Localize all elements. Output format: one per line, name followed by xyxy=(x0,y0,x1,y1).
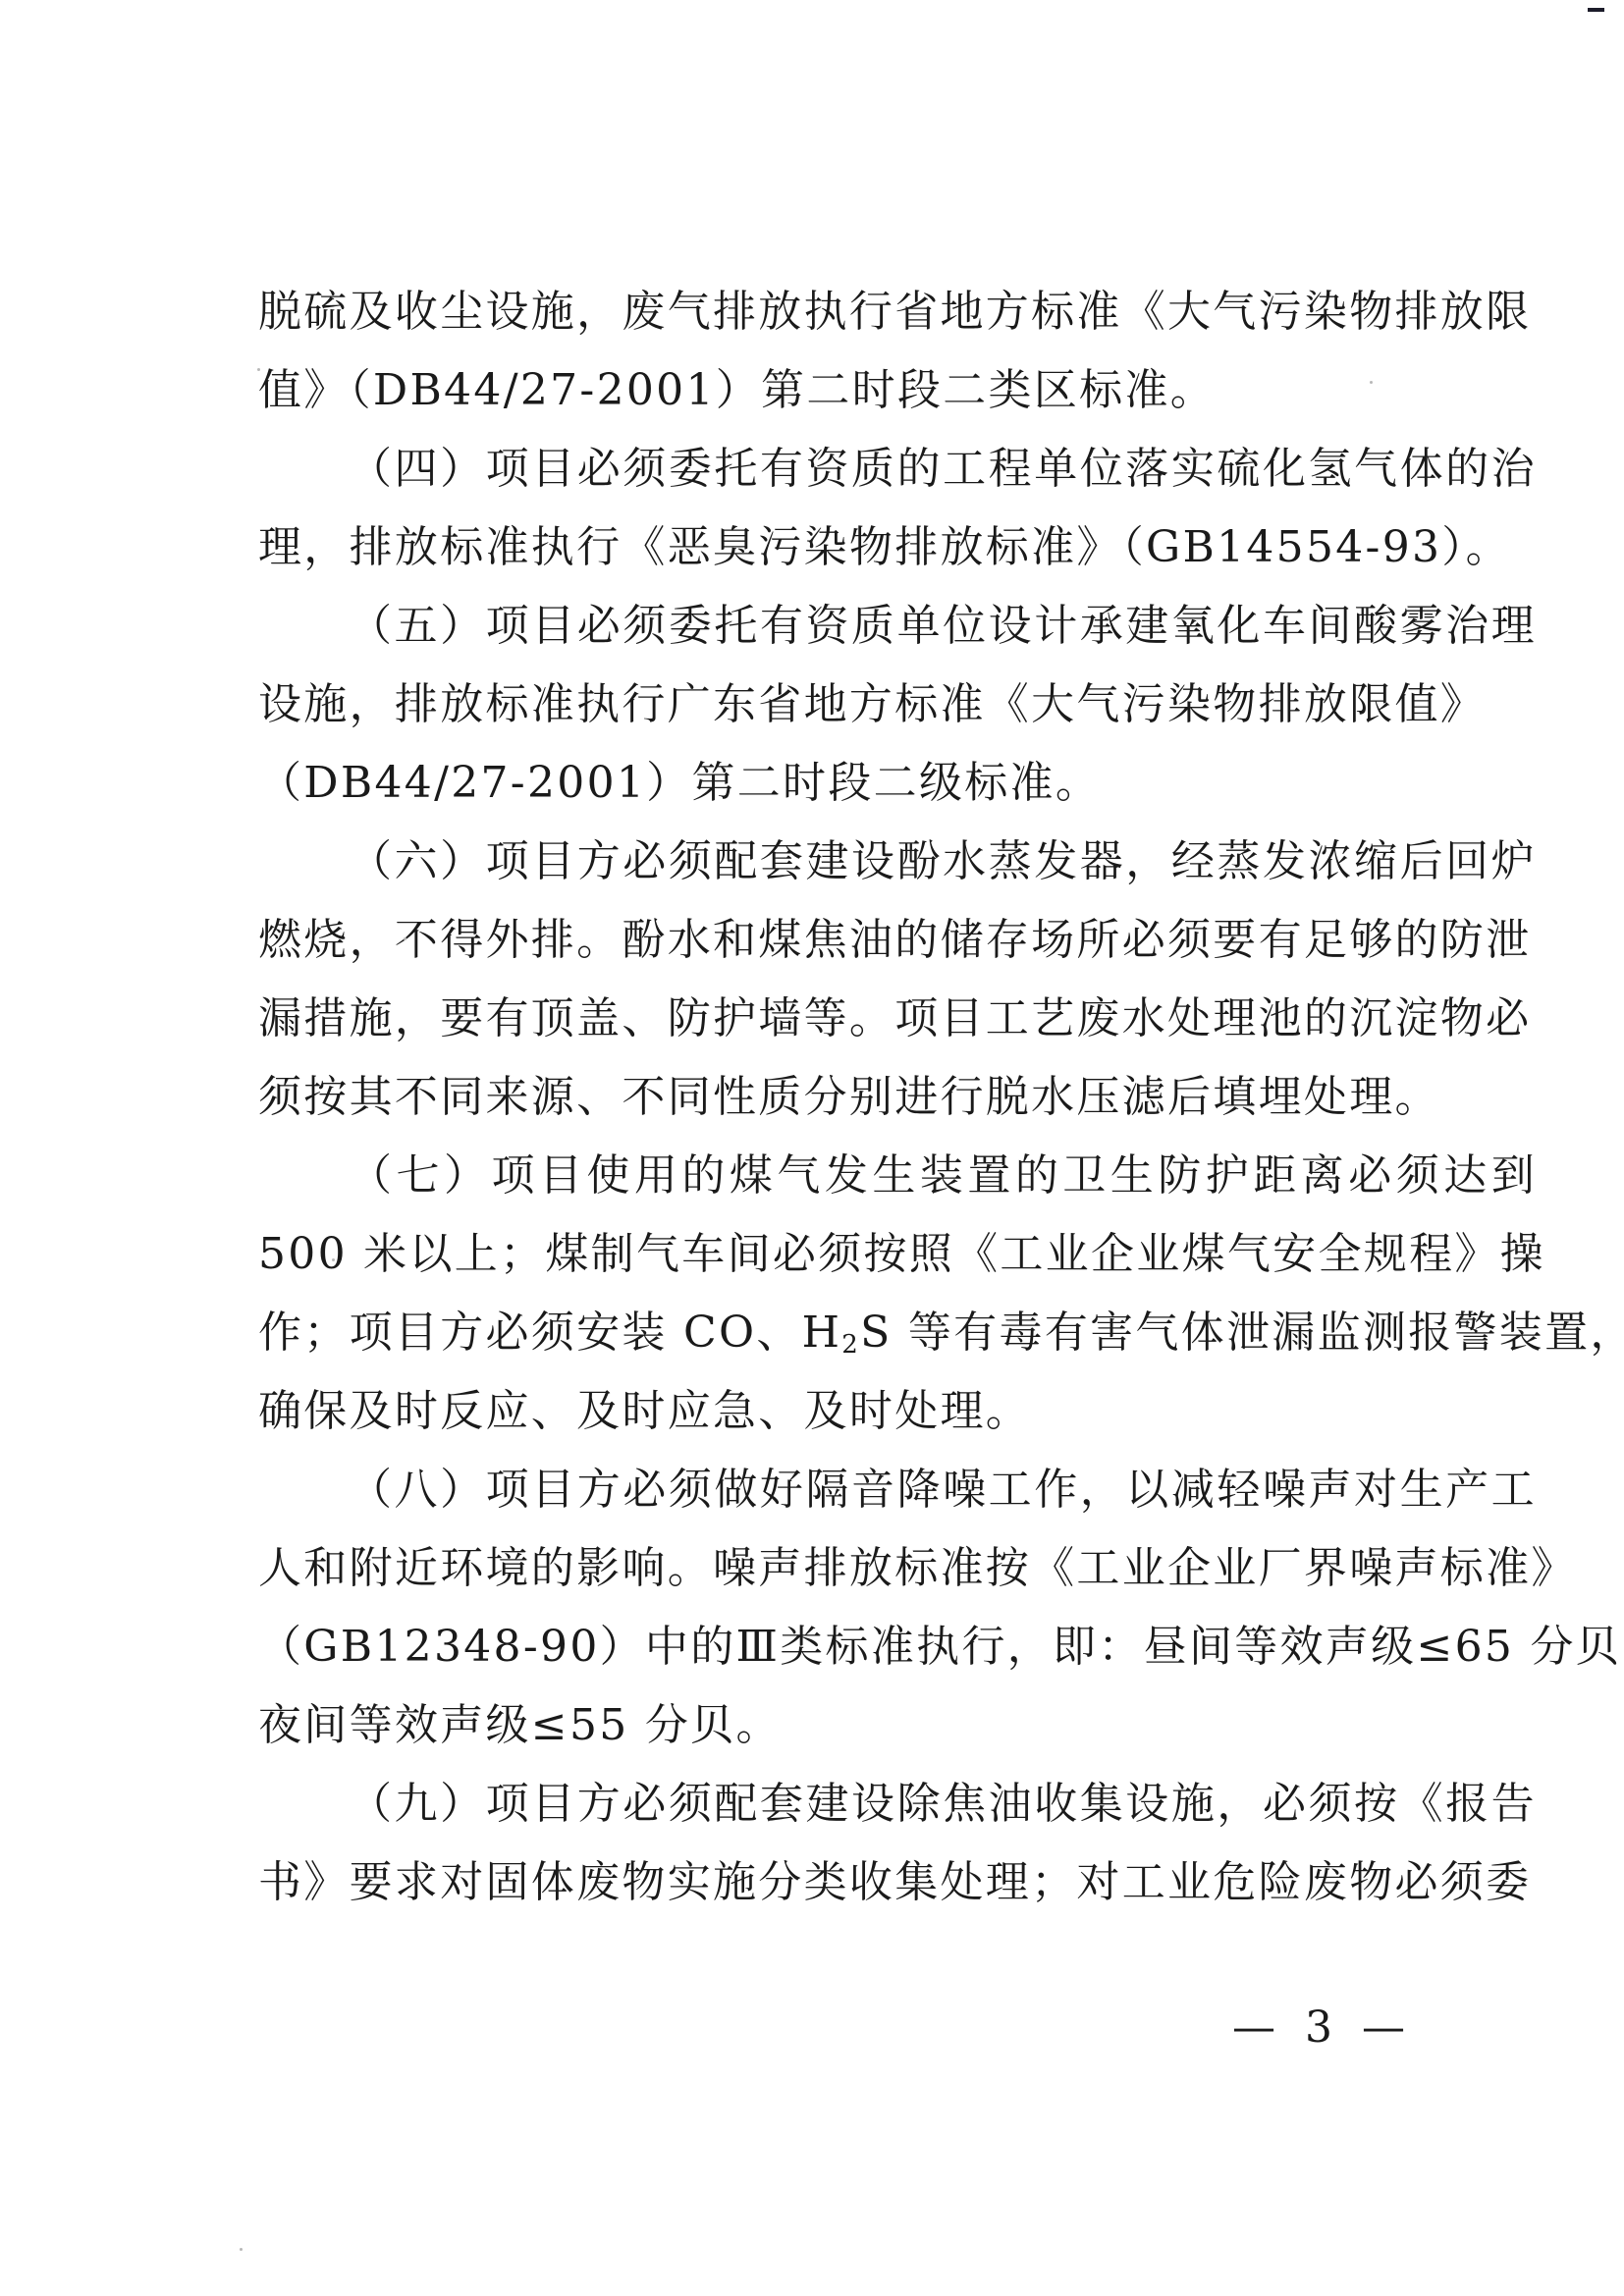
paragraph-item-9: （九）项目方必须配套建设除焦油收集设施，必须按《报告 书》要求对固体废物实施分类… xyxy=(258,1773,1446,1930)
text-line: （九）项目方必须配套建设除焦油收集设施，必须按《报告 xyxy=(258,1773,1537,1851)
text-line: 漏措施，要有顶盖、防护墙等。项目工艺废水处理池的沉淀物必 xyxy=(258,988,1446,1066)
text-line: （GB12348-90）中的Ⅲ类标准执行，即：昼间等效声级≤65 分贝， xyxy=(258,1616,1446,1694)
text-line: （六）项目方必须配套建设酚水蒸发器，经蒸发浓缩后回炉 xyxy=(258,830,1537,909)
scan-speck xyxy=(404,937,406,940)
text-line: 须按其不同来源、不同性质分别进行脱水压滤后填埋处理。 xyxy=(258,1066,1446,1145)
text-line: 设施，排放标准执行广东省地方标准《大气污染物排放限值》 xyxy=(258,673,1446,752)
paragraph-item-8: （八）项目方必须做好隔音降噪工作，以减轻噪声对生产工 人和附近环境的影响。噪声排… xyxy=(258,1459,1446,1773)
paragraph-item-4: （四）项目必须委托有资质的工程单位落实硫化氢气体的治 理，排放标准执行《恶臭污染… xyxy=(258,438,1446,595)
text-line: 脱硫及收尘设施，废气排放执行省地方标准《大气污染物排放限 xyxy=(258,281,1446,359)
text-line-with-formula: 作；项目方必须安装 CO、H2S 等有毒有害气体泄漏监测报警装置， xyxy=(258,1302,1446,1380)
text-line: 值》（DB44/27-2001）第二时段二类区标准。 xyxy=(258,359,1446,438)
text-segment: S 等有毒有害气体泄漏监测报警装置， xyxy=(860,1308,1624,1358)
page-number: — 3 — xyxy=(1232,2002,1413,2053)
text-segment: 作；项目方必须安装 CO、H xyxy=(258,1308,841,1358)
scan-speck xyxy=(240,2248,243,2251)
paragraph-item-5: （五）项目必须委托有资质单位设计承建氧化车间酸雾治理 设施，排放标准执行广东省地… xyxy=(258,595,1446,830)
scan-speck xyxy=(257,368,260,371)
document-body: 脱硫及收尘设施，废气排放执行省地方标准《大气污染物排放限 值》（DB44/27-… xyxy=(258,281,1446,1930)
text-line: 书》要求对固体废物实施分类收集处理；对工业危险废物必须委 xyxy=(258,1851,1446,1930)
paragraph-item-6: （六）项目方必须配套建设酚水蒸发器，经蒸发浓缩后回炉 燃烧，不得外排。酚水和煤焦… xyxy=(258,830,1446,1145)
text-line: 确保及时反应、及时应急、及时处理。 xyxy=(258,1380,1446,1459)
text-line: 夜间等效声级≤55 分贝。 xyxy=(258,1694,1446,1773)
text-line: 燃烧，不得外排。酚水和煤焦油的储存场所必须要有足够的防泄 xyxy=(258,909,1446,988)
text-line: （四）项目必须委托有资质的工程单位落实硫化氢气体的治 xyxy=(258,438,1537,516)
subscript: 2 xyxy=(841,1330,860,1360)
text-line: （八）项目方必须做好隔音降噪工作，以减轻噪声对生产工 xyxy=(258,1459,1537,1537)
scan-corner-mark xyxy=(1588,8,1604,12)
text-line: 500 米以上；煤制气车间必须按照《工业企业煤气安全规程》操 xyxy=(258,1223,1446,1302)
text-line: 理，排放标准执行《恶臭污染物排放标准》（GB14554-93）。 xyxy=(258,516,1446,595)
scan-speck xyxy=(332,1258,335,1261)
text-line: （五）项目必须委托有资质单位设计承建氧化车间酸雾治理 xyxy=(258,595,1537,673)
text-line: （DB44/27-2001）第二时段二级标准。 xyxy=(258,752,1446,830)
text-line: 人和附近环境的影响。噪声排放标准按《工业企业厂界噪声标准》 xyxy=(258,1537,1446,1616)
paragraph-item-7: （七）项目使用的煤气发生装置的卫生防护距离必须达到 500 米以上；煤制气车间必… xyxy=(258,1145,1446,1459)
paragraph-continuation: 脱硫及收尘设施，废气排放执行省地方标准《大气污染物排放限 值》（DB44/27-… xyxy=(258,281,1446,438)
text-line: （七）项目使用的煤气发生装置的卫生防护距离必须达到 xyxy=(258,1145,1537,1223)
scan-speck xyxy=(1370,381,1373,384)
